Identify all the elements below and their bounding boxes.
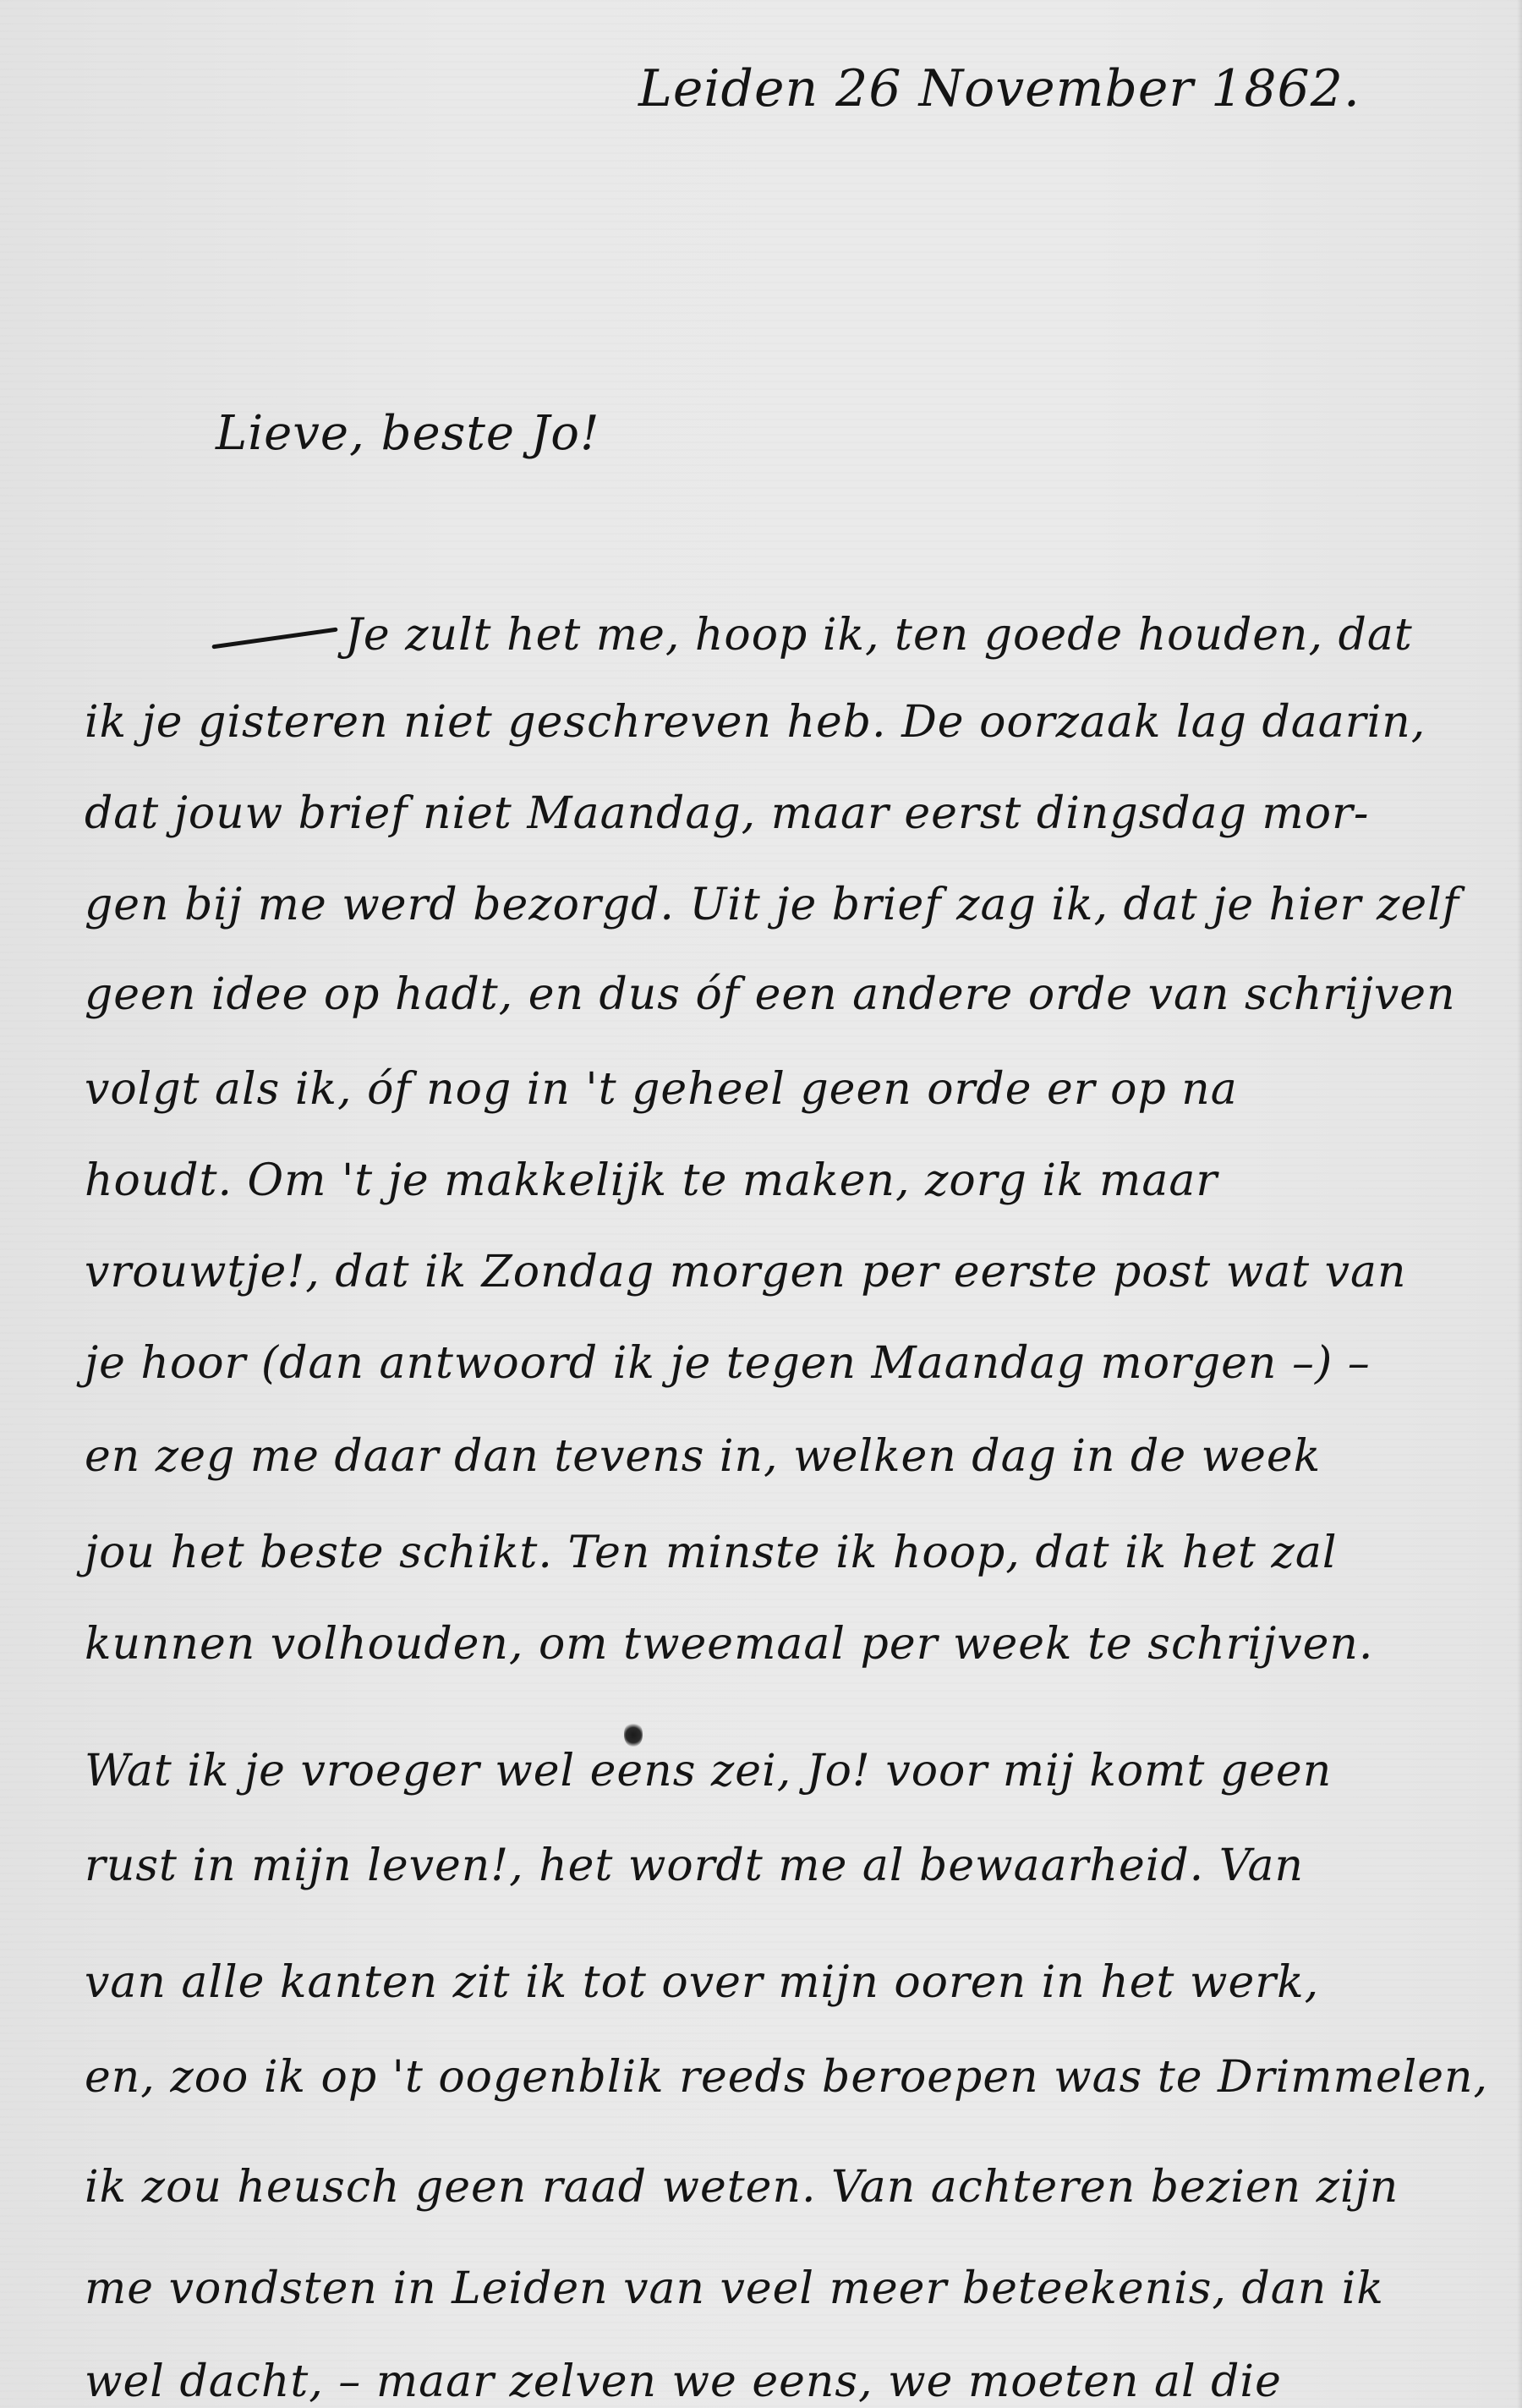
paragraph-dash [211,628,337,650]
letter-line-text: Je zult het me, hoop ik, ten goede houde… [345,610,1413,661]
letter-line: vrouwtje!, dat ik Zondag morgen per eers… [85,1250,1407,1294]
letter-line: en, zoo ik op 't oogenblik reeds beroepe… [85,2055,1488,2099]
ink-blot [624,1721,643,1747]
letter-line: dat jouw brief niet Maandag, maar eerst … [85,792,1369,836]
dateline: Leiden 26 November 1862. [638,63,1360,114]
letter-line: kunnen volhouden, om tweemaal per week t… [85,1622,1373,1666]
letter-line: en zeg me daar dan tevens in, welken dag… [85,1434,1321,1478]
letter-line: houdt. Om 't je makkelijk te maken, zorg… [85,1159,1218,1203]
letter-line: rust in mijn leven!, het wordt me al bew… [85,1844,1304,1888]
page-edge-shadow [1517,0,1522,2408]
letter-line: wel dacht, – maar zelven we eens, we moe… [85,2360,1282,2404]
letter-line: ik zou heusch geen raad weten. Van achte… [85,2165,1399,2209]
letter-line: volgt als ik, óf nog in 't geheel geen o… [85,1067,1238,1111]
letter-line: van alle kanten zit ik tot over mijn oor… [85,1961,1319,2005]
letter-page: Leiden 26 November 1862. Lieve, beste Jo… [0,0,1522,2408]
letter-line: jou het beste schikt. Ten minste ik hoop… [85,1531,1337,1575]
letter-line: me vondsten in Leiden van veel meer bete… [85,2267,1384,2311]
salutation: Lieve, beste Jo! [216,410,599,458]
letter-line: ik je gisteren niet geschreven heb. De o… [85,700,1426,744]
letter-line: Wat ik je vroeger wel eens zei, Jo! voor… [85,1749,1332,1793]
letter-line: Je zult het me, hoop ik, ten goede houde… [211,613,1413,657]
letter-line: je hoor (dan antwoord ik je tegen Maanda… [85,1341,1371,1385]
letter-line: geen idee op hadt, en dus óf een andere … [85,973,1456,1017]
letter-line: gen bij me werd bezorgd. Uit je brief za… [85,883,1459,927]
